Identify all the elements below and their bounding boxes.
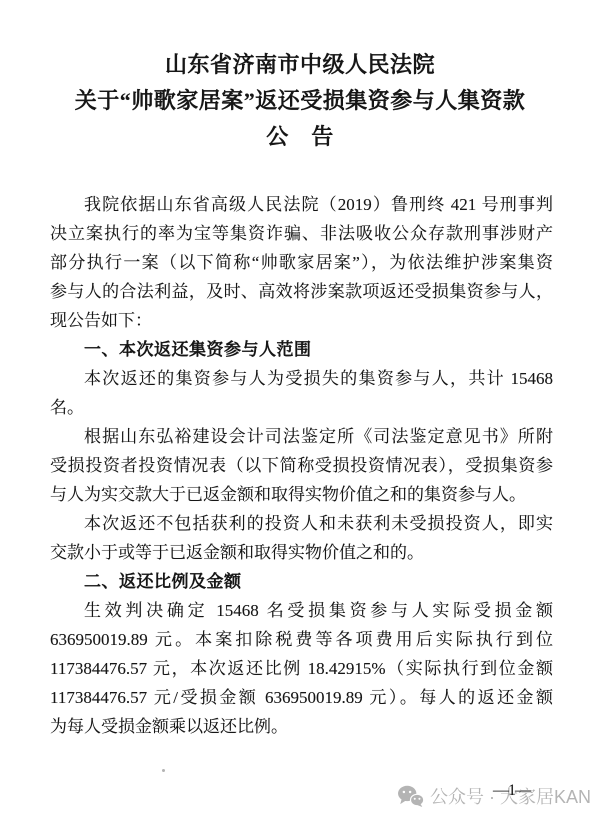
document-body: 我院依据山东省高级人民法院（2019）鲁刑终 421 号刑事判决立案执行的率为宝… — [50, 190, 553, 741]
body-line: 参与人的合法利益，及时、高效将涉案款项返还受损集资参与人， — [50, 277, 553, 306]
body-line: 117384476.57 元/受损金额 636950019.89 元）。每人的返… — [50, 683, 553, 712]
body-line: 名。 — [50, 393, 553, 422]
body-line: 117384476.57 元，本次返还比例 18.42915%（实际执行到位金额 — [50, 654, 553, 683]
body-line: 生效判决确定 15468 名受损集资参与人实际受损金额 — [50, 596, 553, 625]
body-line: 本次返还的集资参与人为受损失的集资参与人，共计 15468 — [50, 364, 553, 393]
body-line: 我院依据山东省高级人民法院（2019）鲁刑终 421 号刑事判 — [50, 190, 553, 219]
announcement-subject: 关于“帅歌家居案”返还受损集资参与人集资款 — [0, 83, 600, 119]
document-page: 山东省济南市中级人民法院 关于“帅歌家居案”返还受损集资参与人集资款 公 告 我… — [0, 0, 600, 822]
document-title: 山东省济南市中级人民法院 关于“帅歌家居案”返还受损集资参与人集资款 公 告 — [0, 47, 600, 155]
body-line: 决立案执行的率为宝等集资诈骗、非法吸收公众存款刑事涉财产 — [50, 219, 553, 248]
body-line: 与人为实交款大于已返金额和取得实物价值之和的集资参与人。 — [50, 480, 553, 509]
body-line: 636950019.89 元。本案扣除税费等各项费用后实际执行到位 — [50, 625, 553, 654]
body-line: 交款小于或等于已返金额和取得实物价值之和的。 — [50, 538, 553, 567]
body-line: 受损投资者投资情况表（以下简称受损投资情况表），受损集资参 — [50, 451, 553, 480]
body-line: 为每人受损金额乘以返还比例。 — [50, 712, 553, 741]
wechat-icon — [397, 785, 424, 807]
section-heading: 一、本次返还集资参与人范围 — [50, 335, 553, 364]
scan-artifact-dot — [162, 769, 165, 772]
page-number: —1— — [493, 782, 530, 800]
body-line: 根据山东弘裕建设会计司法鉴定所《司法鉴定意见书》所附 — [50, 422, 553, 451]
court-name: 山东省济南市中级人民法院 — [0, 47, 600, 83]
body-line: 部分执行一案（以下简称“帅歌家居案”），为依法维护涉案集资 — [50, 248, 553, 277]
body-line: 现公告如下： — [50, 306, 553, 335]
section-heading: 二、返还比例及金额 — [50, 567, 553, 596]
announcement-label: 公 告 — [0, 119, 600, 155]
body-line: 本次返还不包括获利的投资人和未获利未受损投资人，即实 — [50, 509, 553, 538]
